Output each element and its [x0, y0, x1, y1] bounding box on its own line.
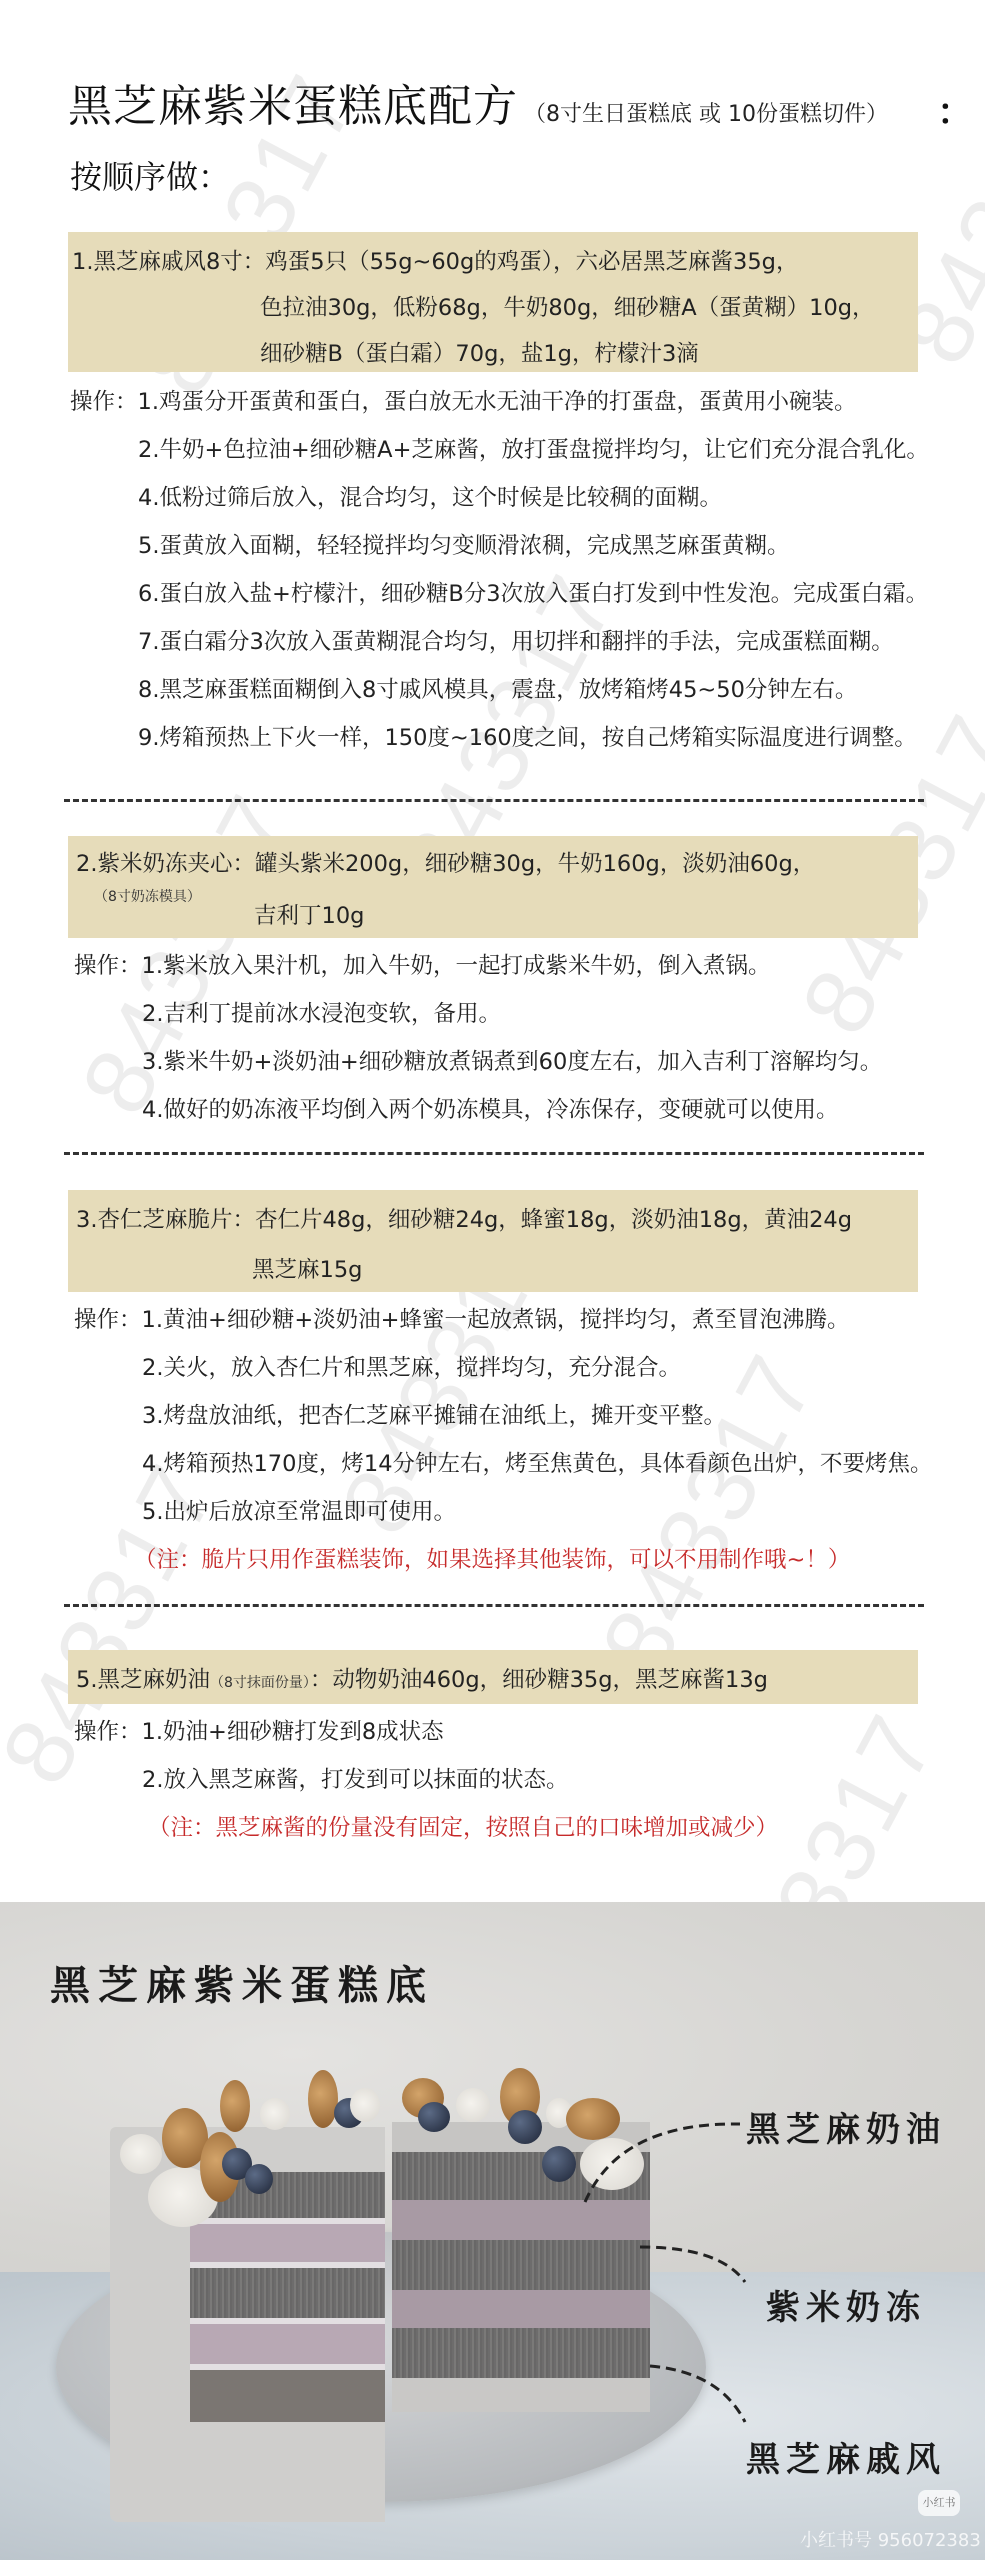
ingredients-line: 5.黑芝麻奶油（8寸抹面份量）：动物奶油460g，细砂糖35g，黑芝麻酱13g: [76, 1662, 768, 1694]
section-divider: [64, 1152, 924, 1155]
step: 2.关火，放入杏仁片和黑芝麻，搅拌均匀，充分混合。: [142, 1350, 681, 1382]
step: 3.烤盘放油纸，把杏仁芝麻平摊铺在油纸上，摊开变平整。: [142, 1398, 726, 1430]
callout-sesame-chiffon: 黑芝麻戚风: [746, 2432, 946, 2481]
step: 操作：1.黄油+细砂糖+淡奶油+蜂蜜一起放煮锅，搅拌均匀，煮至冒泡沸腾。: [74, 1302, 850, 1334]
page-title: 黑芝麻紫米蛋糕底配方 （8寸生日蛋糕底 或 10份蛋糕切件）: [68, 70, 888, 134]
mold-note: （8寸奶冻模具）: [94, 886, 201, 906]
step: 7.蛋白霜分3次放入蛋黄糊混合均匀，用切拌和翻拌的手法，完成蛋糕面糊。: [138, 624, 894, 656]
title-main: 黑芝麻紫米蛋糕底配方: [68, 70, 518, 134]
step: 操作：1.鸡蛋分开蛋黄和蛋白，蛋白放无水无油干净的打蛋盘，蛋黄用小碗装。: [70, 384, 856, 416]
step: 9.烤箱预热上下火一样，150度~160度之间，按自己烤箱实际温度进行调整。: [138, 720, 917, 752]
step: 2.牛奶+色拉油+细砂糖A+芝麻酱，放打蛋盘搅拌均匀，让它们充分混合乳化。: [138, 432, 929, 464]
title-colon: ：: [937, 84, 973, 135]
step: 4.做好的奶冻液平均倒入两个奶冻模具，冷冻保存，变硬就可以使用。: [142, 1092, 838, 1124]
ingredients-line: 3.杏仁芝麻脆片：杏仁片48g，细砂糖24g，蜂蜜18g，淡奶油18g，黄油24…: [76, 1202, 852, 1234]
watermark: 843317: [580, 1336, 839, 1692]
recipe-page: 843317 843317 843317 843317 843317 84331…: [0, 0, 985, 2560]
ingredients-line: 1.黑芝麻戚风8寸：鸡蛋5只（55g~60g的鸡蛋），六必居黑芝麻酱35g，: [72, 244, 798, 276]
ingredients-line: 吉利丁10g: [254, 898, 364, 930]
order-label: 按顺序做：: [70, 152, 230, 198]
ingredients-line: 细砂糖B（蛋白霜）70g，盐1g，柠檬汁3滴: [260, 336, 699, 368]
title-subtitle: （8寸生日蛋糕底 或 10份蛋糕切件）: [524, 97, 888, 128]
callout-purple-rice-jelly: 紫米奶冻: [766, 2280, 926, 2329]
note-crisp: （注：脆片只用作蛋糕装饰，如果选择其他装饰，可以不用制作哦~！）: [134, 1542, 850, 1574]
step: 操作：1.奶油+细砂糖打发到8成状态: [74, 1714, 444, 1746]
ingredients-rest: ：动物奶油460g，细砂糖35g，黑芝麻酱13g: [310, 1667, 768, 1693]
ingredients-box-jelly: 2.紫米奶冻夹心：罐头紫米200g，细砂糖30g，牛奶160g，淡奶油60g， …: [68, 836, 918, 938]
step: 3.紫米牛奶+淡奶油+细砂糖放煮锅煮到60度左右，加入吉利丁溶解均匀。: [142, 1044, 882, 1076]
note-cream: （注：黑芝麻酱的份量没有固定，按照自己的口味增加或减少）: [148, 1810, 778, 1842]
ingredients-box-chiffon: 1.黑芝麻戚风8寸：鸡蛋5只（55g~60g的鸡蛋），六必居黑芝麻酱35g， 色…: [68, 232, 918, 372]
ingredients-box-crisp: 3.杏仁芝麻脆片：杏仁片48g，细砂糖24g，蜂蜜18g，淡奶油18g，黄油24…: [68, 1190, 918, 1292]
step: 2.放入黑芝麻酱，打发到可以抹面的状态。: [142, 1762, 568, 1794]
portion-note: （8寸抹面份量）: [210, 1675, 310, 1691]
ingredients-line: 色拉油30g，低粉68g，牛奶80g，细砂糖A（蛋黄糊）10g，: [260, 290, 875, 322]
ingredients-line: 2.紫米奶冻夹心：罐头紫米200g，细砂糖30g，牛奶160g，淡奶油60g，: [76, 846, 815, 878]
cake-photo: 黑芝麻紫米蛋糕底 黑芝麻奶油 紫米奶冻 黑芝麻戚风: [0, 1902, 985, 2560]
step: 4.烤箱预热170度，烤14分钟左右，烤至焦黄色，具体看颜色出炉，不要烤焦。: [142, 1446, 933, 1478]
section-divider: [64, 1604, 924, 1607]
callout-sesame-cream: 黑芝麻奶油: [746, 2102, 946, 2151]
ingredients-box-cream: 5.黑芝麻奶油（8寸抹面份量）：动物奶油460g，细砂糖35g，黑芝麻酱13g: [68, 1650, 918, 1704]
step: 8.黑芝麻蛋糕面糊倒入8寸戚风模具，震盘，放烤箱烤45~50分钟左右。: [138, 672, 857, 704]
step: 2.吉利丁提前冰水浸泡变软，备用。: [142, 996, 501, 1028]
step: 5.蛋黄放入面糊，轻轻搅拌均匀变顺滑浓稠，完成黑芝麻蛋黄糊。: [138, 528, 789, 560]
step: 操作：1.紫米放入果汁机，加入牛奶，一起打成紫米牛奶，倒入煮锅。: [74, 948, 770, 980]
step: 4.低粉过筛后放入，混合均匀，这个时候是比较稠的面糊。: [138, 480, 722, 512]
step: 6.蛋白放入盐+柠檬汁，细砂糖B分3次放入蛋白打发到中性发泡。完成蛋白霜。: [138, 576, 928, 608]
section-divider: [64, 799, 924, 802]
xiaohongshu-account: 小红书号 956072383: [800, 2526, 981, 2552]
xiaohongshu-badge: 小红书: [918, 2490, 960, 2516]
ingredients-prefix: 5.黑芝麻奶油: [76, 1667, 210, 1693]
ingredients-line: 黑芝麻15g: [252, 1252, 362, 1284]
step: 5.出炉后放凉至常温即可使用。: [142, 1494, 456, 1526]
